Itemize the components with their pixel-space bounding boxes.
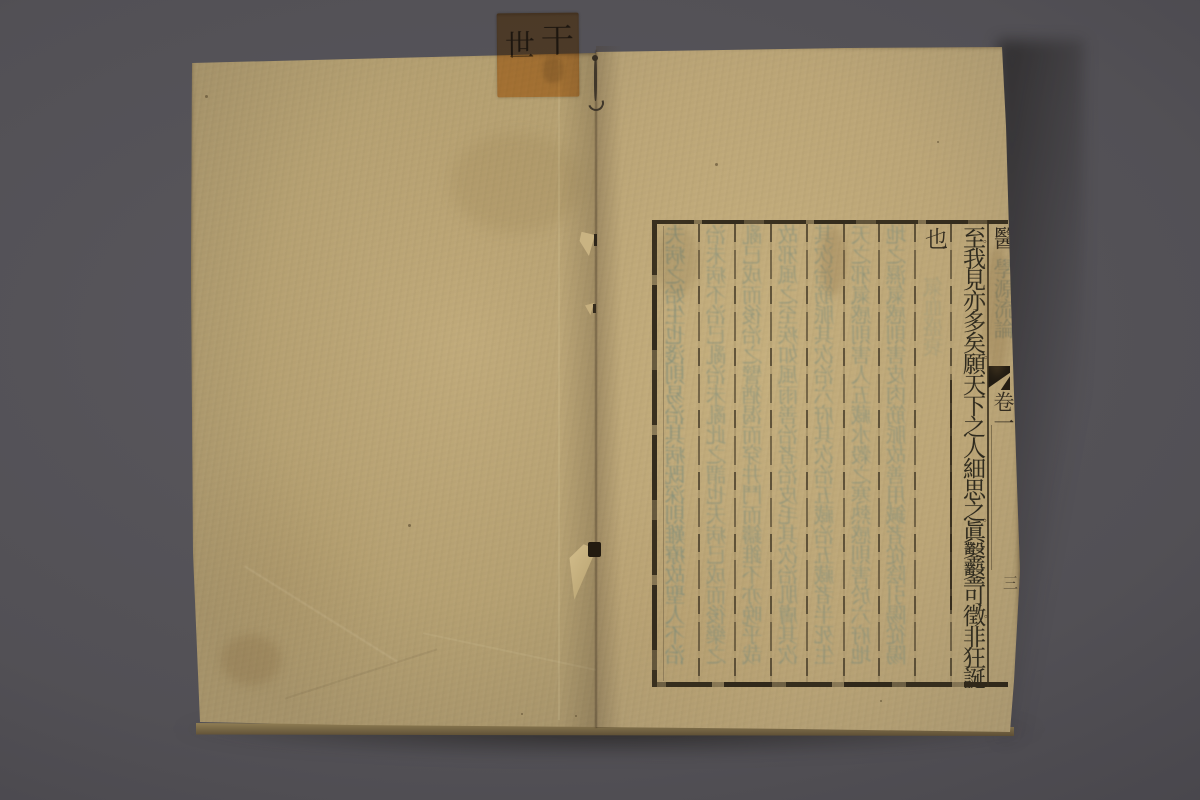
photo-of-open-stitched-book: { "colors": { "background": "#514f55", "… (0, 0, 1200, 800)
frame-border-left (652, 220, 657, 687)
speck (715, 163, 718, 166)
paper-tear-notch (594, 234, 597, 246)
frame-border-bottom (652, 682, 1008, 687)
binding-hole (588, 542, 601, 557)
fold-line (595, 50, 597, 728)
showthrough-column: 故邪風之至疾如風雨善治者治皮毛其次治肌膚其次 (771, 224, 807, 682)
frame-border-left-inner (663, 226, 664, 681)
speck (937, 141, 939, 143)
tape-ink-residue (543, 57, 563, 83)
ink-stain (984, 246, 1010, 376)
ink-stain (656, 224, 698, 296)
column-rule (843, 224, 845, 682)
column-rule (734, 224, 736, 682)
paper-crease (285, 648, 438, 699)
showthrough-column: 天之邪氣感則害人五藏水穀之寒熱感則害於六府地 (844, 224, 880, 682)
tape-label-char-left: 世 (505, 21, 535, 65)
foxing-stain (221, 635, 281, 685)
banxin-folio-number: 三 (998, 575, 1020, 590)
column-rule (806, 224, 808, 682)
speck (205, 95, 208, 98)
speck (521, 713, 523, 715)
showthrough-column: 治未病不治已亂治未亂此之謂也夫病已成而後藥之 (699, 224, 735, 682)
tape-label: 世 干 (497, 13, 580, 98)
column-rule (878, 224, 880, 682)
binding-thread-knot (592, 55, 598, 61)
column-rule (698, 224, 700, 682)
left-page (191, 53, 597, 729)
continuation-column: 也 (916, 227, 952, 287)
tape-label-char-right: 干 (541, 15, 574, 62)
ink-stain (820, 226, 846, 296)
frame-border-top (652, 220, 1008, 224)
column-rule (770, 224, 772, 682)
showthrough-column: 亂已成而後治之譬猶渴而穿井鬥而鑄錐不亦晚乎哉 (735, 224, 771, 682)
right-page: 夫病之始生也淺則易治其病既深則難療故聖人不治 治未病不治已亂治未亂此之謂也夫病已… (596, 46, 1020, 734)
paper-tear-notch (593, 304, 596, 313)
column-rule (914, 224, 916, 682)
banxin-volume: 卷一 (989, 391, 1017, 433)
banxin-rule (991, 425, 992, 570)
showthrough-column: 地之濕氣感則害皮肉筋脈故善用鍼者從陰引陽從陽 (879, 224, 915, 682)
showthrough-column: 氣血盛衰 (916, 276, 952, 576)
fold-shading-left (560, 53, 596, 727)
speck (880, 700, 882, 702)
speck (408, 524, 411, 527)
reading-mark: 。 (984, 610, 994, 620)
reading-mark: 。 (942, 241, 952, 251)
fold-shading-right (596, 46, 622, 728)
vertical-crease (558, 60, 560, 720)
